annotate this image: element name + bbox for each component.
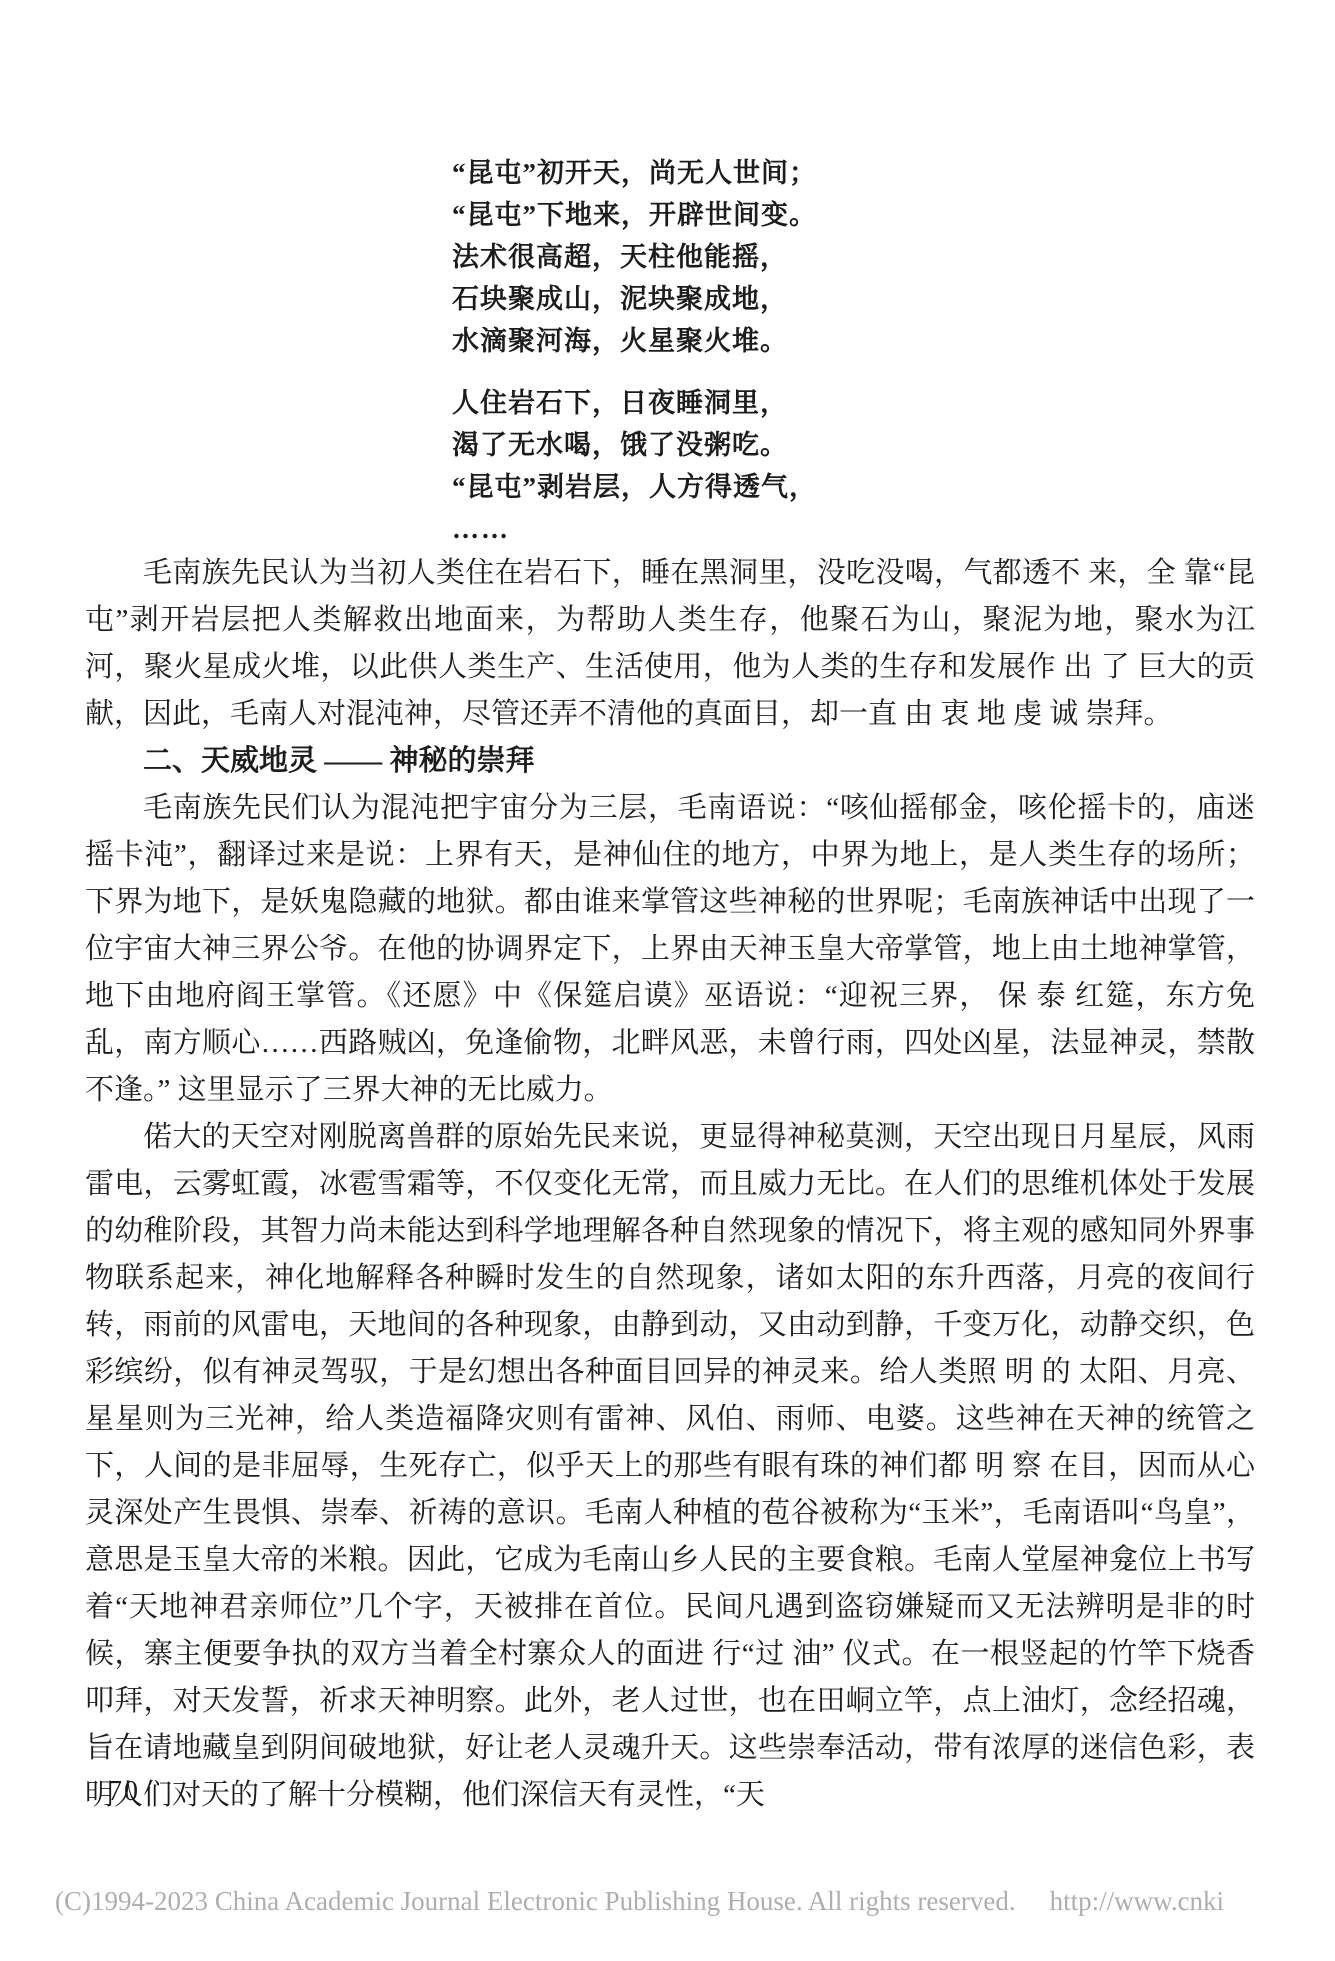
poem-line: 法术很高超，天柱他能摇， (452, 236, 817, 278)
page-number: 70 (108, 1776, 140, 1808)
poem-block: “昆屯”初开天，尚无人世间； “昆屯”下地来，开辟世间变。 法术很高超，天柱他能… (452, 152, 817, 550)
poem-stanza-1: “昆屯”初开天，尚无人世间； “昆屯”下地来，开辟世间变。 法术很高超，天柱他能… (452, 152, 817, 362)
article-body: 毛南族先民认为当初人类住在岩石下，睡在黑洞里，没吃没喝，气都透不 来，全 靠“昆… (85, 550, 1255, 1819)
paragraph-3: 偌大的天空对刚脱离兽群的原始先民来说，更显得神秘莫测，天空出现日月星辰，风雨雷电… (85, 1114, 1255, 1819)
section-heading: 二、天威地灵 —— 神秘的崇拜 (85, 738, 1255, 785)
poem-ellipsis: …… (452, 508, 817, 550)
document-page: “昆屯”初开天，尚无人世间； “昆屯”下地来，开辟世间变。 法术很高超，天柱他能… (0, 0, 1335, 1961)
poem-line: 水滴聚河海，火星聚火堆。 (452, 320, 817, 362)
poem-line: “昆屯”初开天，尚无人世间； (452, 152, 817, 194)
paragraph-2: 毛南族先民们认为混沌把宇宙分为三层，毛南语说：“咳仙摇郁金，咳伦摇卡的，庙迷摇卡… (85, 785, 1255, 1114)
footer-copyright: (C)1994-2023 China Academic Journal Elec… (55, 1886, 1016, 1916)
poem-stanza-2: 人住岩石下，日夜睡洞里， 渴了无水喝，饿了没粥吃。 “昆屯”剥岩层，人方得透气，… (452, 382, 817, 550)
paragraph-1: 毛南族先民认为当初人类住在岩石下，睡在黑洞里，没吃没喝，气都透不 来，全 靠“昆… (85, 550, 1255, 738)
poem-line: 人住岩石下，日夜睡洞里， (452, 382, 817, 424)
footer-url: http://www.cnki (1050, 1886, 1225, 1916)
poem-line: 渴了无水喝，饿了没粥吃。 (452, 424, 817, 466)
footer: (C)1994-2023 China Academic Journal Elec… (55, 1886, 1335, 1917)
poem-line: 石块聚成山，泥块聚成地， (452, 278, 817, 320)
poem-line: “昆屯”剥岩层，人方得透气， (452, 466, 817, 508)
poem-line: “昆屯”下地来，开辟世间变。 (452, 194, 817, 236)
